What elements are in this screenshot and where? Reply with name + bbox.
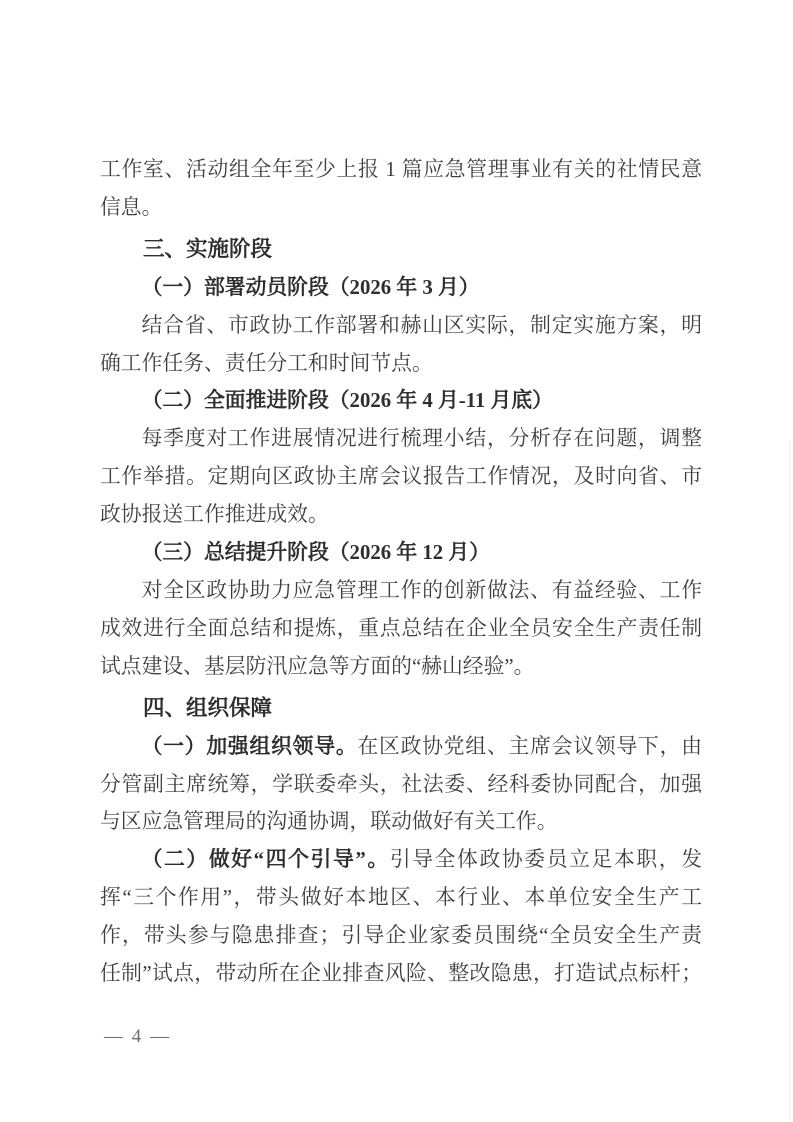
line-text: 引导全体政协委员立足本职，发 (390, 848, 702, 871)
body-line: 政协报送工作推进成效。 (100, 496, 702, 534)
body-line: 任制”试点，带动所在企业排查风险、整改隐患，打造试点标杆； (100, 955, 702, 993)
document-body: 工作室、活动组全年至少上报 1 篇应急管理事业有关的社情民意信息。三、实施阶段（… (100, 151, 702, 993)
line-text: 工作室、活动组全年至少上报 1 篇应急管理事业有关的社情民意 (100, 158, 702, 181)
paragraph-lead: （二）做好“四个引导”。 (142, 848, 390, 871)
line-text: 对全区政协助力应急管理工作的创新做法、有益经验、工作 (142, 579, 702, 602)
line-text: 工作举措。定期向区政协主席会议报告工作情况，及时向省、市 (100, 465, 702, 488)
section-heading: 三、实施阶段 (100, 231, 702, 269)
line-text: 四、组织保障 (143, 696, 272, 720)
line-text: （二）全面推进阶段（2026 年 4 月-11 月底） (142, 389, 553, 412)
body-line: 对全区政协助力应急管理工作的创新做法、有益经验、工作 (100, 572, 702, 610)
body-line: 每季度对工作进展情况进行梳理小结，分析存在问题，调整 (100, 420, 702, 458)
line-text: 任制”试点，带动所在企业排查风险、整改隐患，打造试点标杆； (100, 962, 702, 985)
scan-edge-artifact (789, 440, 790, 1122)
section-heading: 四、组织保障 (100, 690, 702, 728)
line-text: （三）总结提升阶段（2026 年 12 月） (142, 541, 490, 564)
line-text: （一）部署动员阶段（2026 年 3 月） (142, 276, 480, 299)
line-text: 结合省、市政协工作部署和赫山区实际，制定实施方案，明 (142, 314, 702, 337)
document-page: 工作室、活动组全年至少上报 1 篇应急管理事业有关的社情民意信息。三、实施阶段（… (0, 0, 793, 1122)
line-text: 政协报送工作推进成效。 (100, 503, 329, 526)
body-line: 作，带头参与隐患排查；引导企业家委员围绕“全员安全生产责 (100, 917, 702, 955)
body-line: 工作室、活动组全年至少上报 1 篇应急管理事业有关的社情民意 (100, 151, 702, 189)
body-line: 工作举措。定期向区政协主席会议报告工作情况，及时向省、市 (100, 458, 702, 496)
line-text: 信息。 (100, 196, 162, 219)
body-line: 分管副主席统筹，学联委牵头，社法委、经科委协同配合，加强 (100, 766, 702, 804)
subsection-heading: （三）总结提升阶段（2026 年 12 月） (100, 534, 702, 572)
line-text: 确工作任务、责任分工和时间节点。 (100, 352, 433, 375)
line-text: 每季度对工作进展情况进行梳理小结，分析存在问题，调整 (142, 427, 702, 450)
body-line: 结合省、市政协工作部署和赫山区实际，制定实施方案，明 (100, 307, 702, 345)
subsection-heading: （二）全面推进阶段（2026 年 4 月-11 月底） (100, 382, 702, 420)
line-text: 与区应急管理局的沟通协调，联动做好有关工作。 (100, 810, 558, 833)
body-line: 成效进行全面总结和提炼，重点总结在企业全员安全生产责任制 (100, 610, 702, 648)
paragraph-lead: （一）加强组织领导。 (142, 735, 358, 758)
body-line: 信息。 (100, 189, 702, 227)
body-line: 挥“三个作用”，带头做好本地区、本行业、本单位安全生产工 (100, 879, 702, 917)
line-text: 在区政协党组、主席会议领导下，由 (357, 735, 702, 758)
line-text: 试点建设、基层防汛应急等方面的“赫山经验”。 (100, 655, 534, 678)
line-text: 成效进行全面总结和提炼，重点总结在企业全员安全生产责任制 (100, 617, 702, 640)
line-text: 分管副主席统筹，学联委牵头，社法委、经科委协同配合，加强 (100, 773, 702, 796)
body-line: 确工作任务、责任分工和时间节点。 (100, 345, 702, 383)
subsection-heading: （一）部署动员阶段（2026 年 3 月） (100, 269, 702, 307)
line-text: 挥“三个作用”，带头做好本地区、本行业、本单位安全生产工 (100, 886, 702, 909)
body-line: （二）做好“四个引导”。引导全体政协委员立足本职，发 (100, 841, 702, 879)
page-number: — 4 — (104, 1026, 171, 1048)
body-line: （一）加强组织领导。在区政协党组、主席会议领导下，由 (100, 728, 702, 766)
body-line: 试点建设、基层防汛应急等方面的“赫山经验”。 (100, 648, 702, 686)
line-text: 作，带头参与隐患排查；引导企业家委员围绕“全员安全生产责 (100, 924, 702, 947)
line-text: 三、实施阶段 (143, 237, 272, 261)
body-line: 与区应急管理局的沟通协调，联动做好有关工作。 (100, 803, 702, 841)
